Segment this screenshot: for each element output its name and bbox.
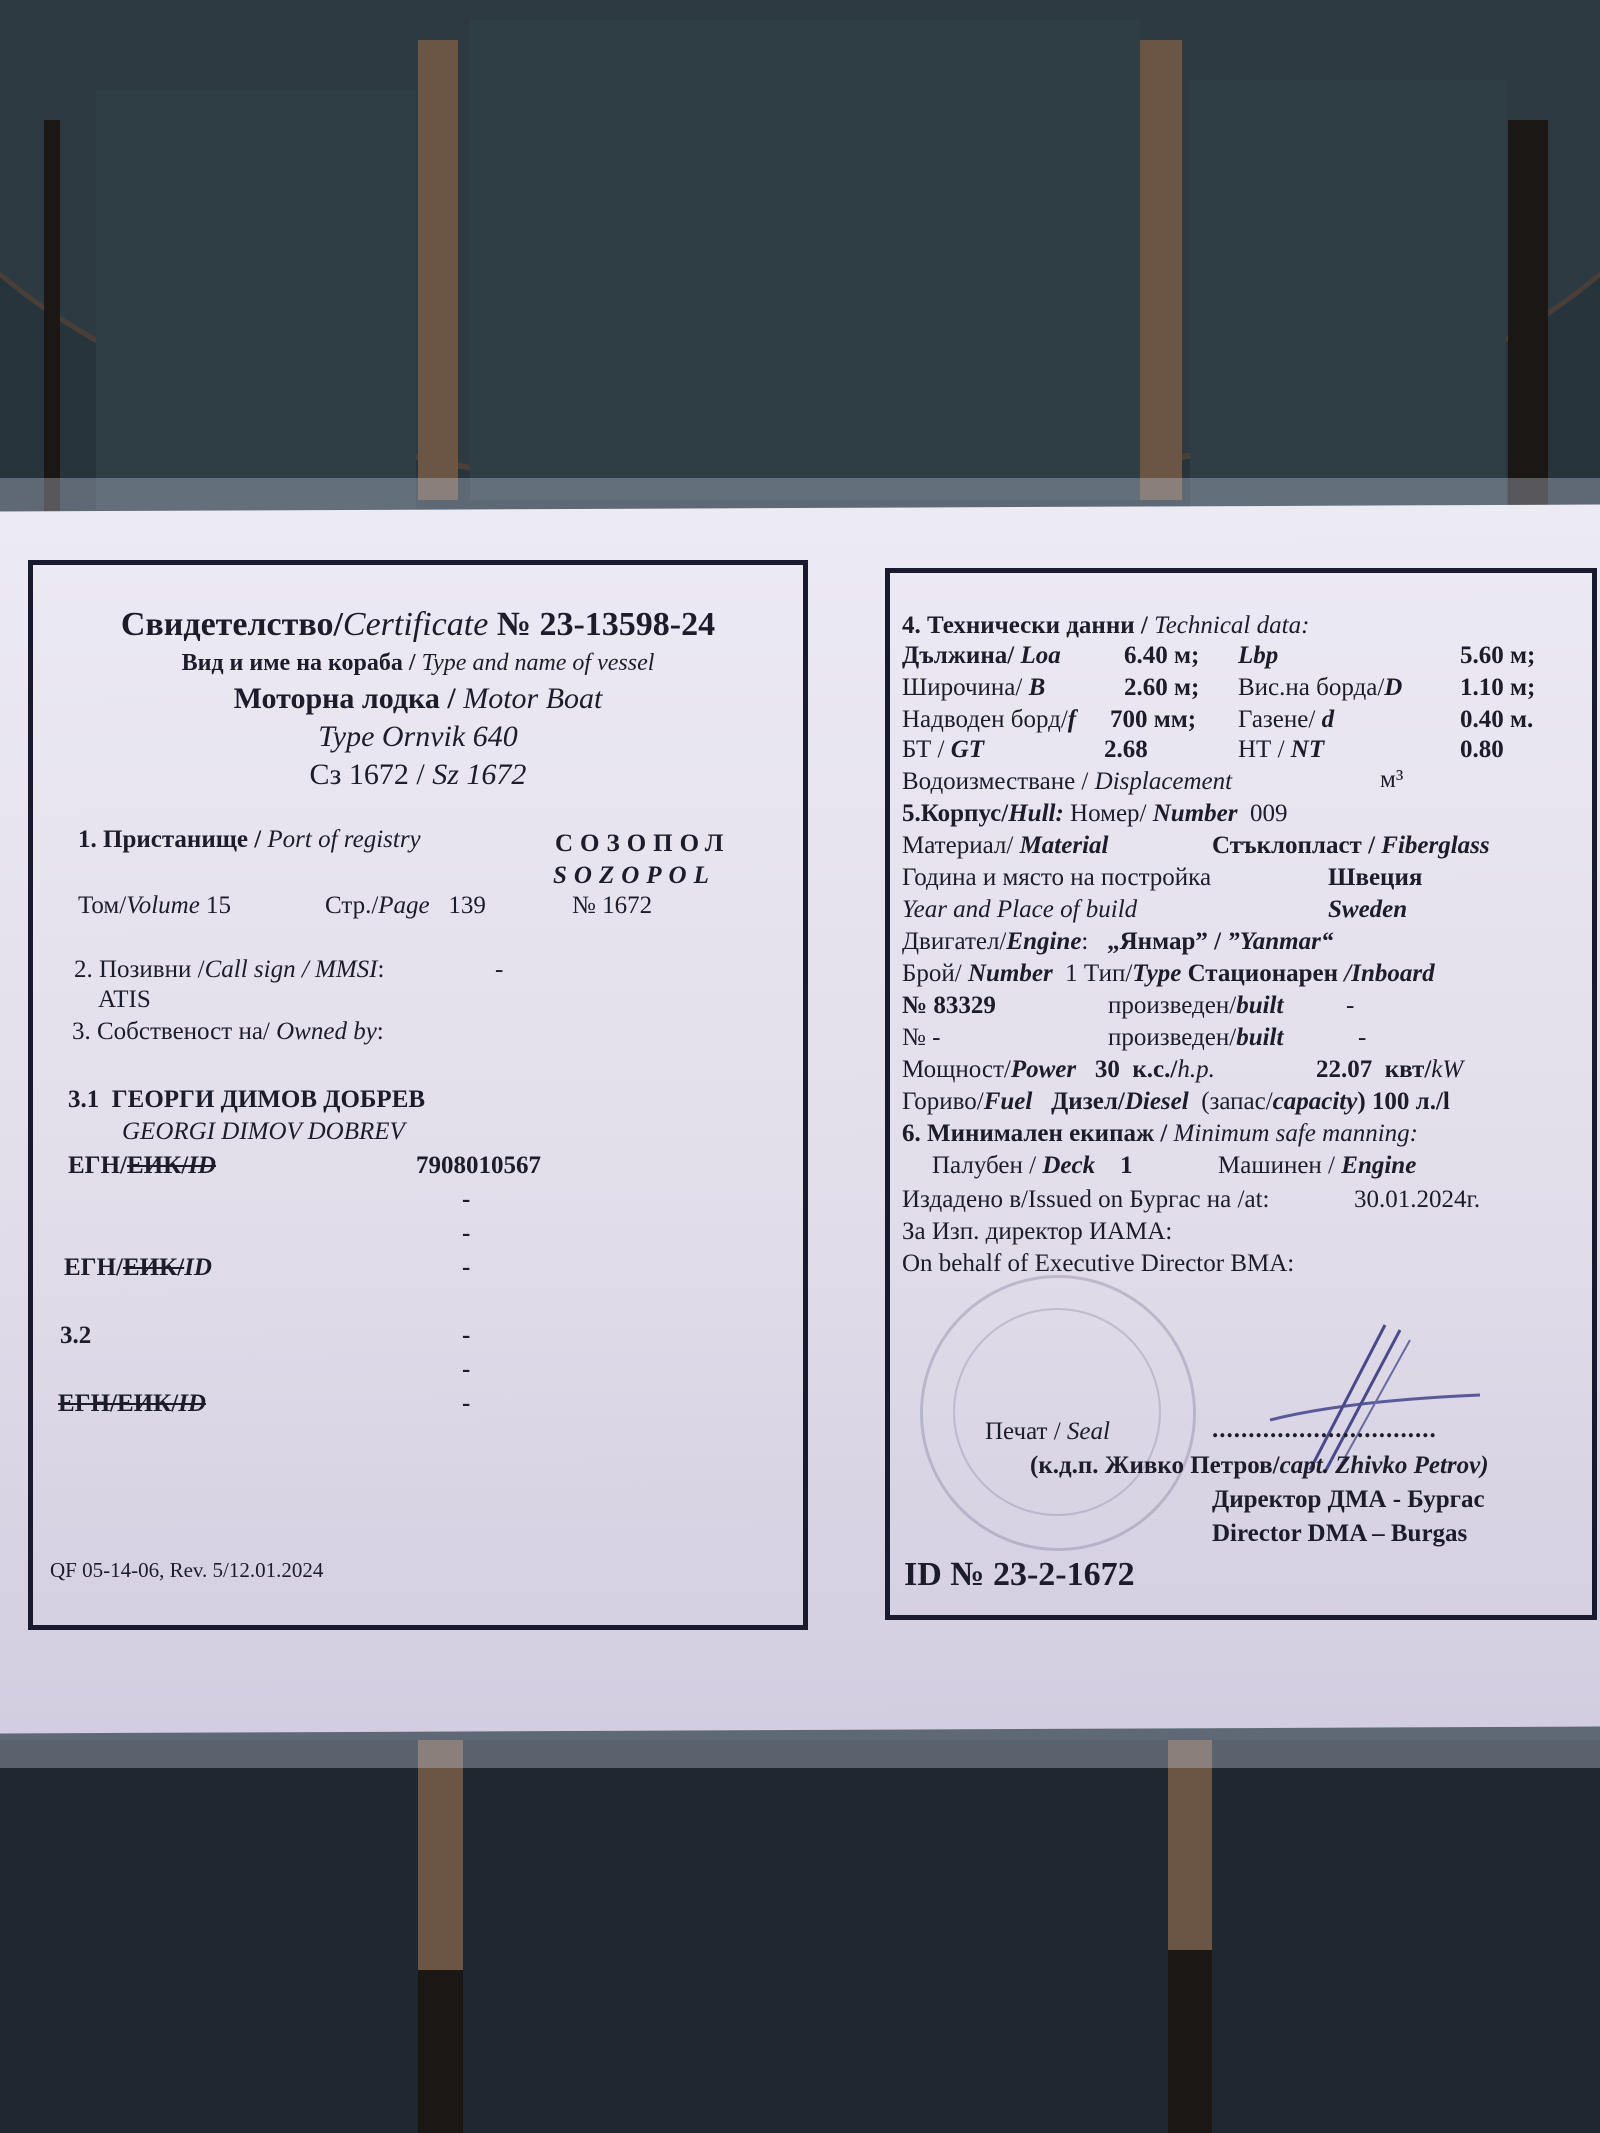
chair-slat <box>1190 80 1506 510</box>
owner-3-2-label: 3.2 <box>60 1322 91 1350</box>
engine-crew: Машинен / Engine <box>1218 1152 1416 1180</box>
owner-3-2-name: - <box>462 1322 470 1350</box>
owner1-name-bg: 3.1 ГЕОРГИ ДИМОВ ДОБРЕВ <box>68 1086 425 1114</box>
build-label-en: Year and Place of build <box>902 896 1137 924</box>
slat-gap <box>1168 1740 1212 1950</box>
depth-label: Вис.на борда/D <box>1238 674 1402 702</box>
owner-3-2-name-en: - <box>462 1356 470 1384</box>
lbp-value: 5.60 м; <box>1460 642 1535 670</box>
engine1-built-label: произведен/built <box>1108 992 1283 1020</box>
manning-heading: 6. Минимален екипаж / Minimum safe manni… <box>902 1120 1418 1148</box>
signature-line: ............................... <box>1212 1416 1437 1444</box>
displacement-unit: м³ <box>1380 766 1403 794</box>
director-title-en: Director DMA – Burgas <box>1212 1520 1467 1548</box>
chair-slat <box>470 20 1140 500</box>
slat-gap <box>1140 40 1182 500</box>
chair-slat <box>96 90 416 510</box>
depth-value: 1.10 м; <box>1460 674 1535 702</box>
owner-3-2-id-label: ЕГН/ЕИК/ID <box>58 1390 206 1418</box>
technical-heading: 4. Технически данни / Technical data: <box>902 612 1309 640</box>
build-label-bg: Година и място на постройка <box>902 864 1211 892</box>
owner2-id: - <box>462 1254 470 1282</box>
hull-number: 5.Корпус/Hull: Номер/ Number 009 <box>902 800 1287 828</box>
document-id: ID № 23-2-1672 <box>904 1556 1135 1594</box>
beam-label: Широчина/ B <box>902 674 1045 702</box>
engine-make: Двигател/Engine: „Янмар” / ”Yanmar“ <box>902 928 1333 956</box>
owner2-name-line: - <box>462 1220 470 1248</box>
power-kw: 22.07 квт/kW <box>1316 1056 1463 1084</box>
behalf-en: On behalf of Executive Director BMA: <box>902 1250 1294 1278</box>
behalf-bg: За Изп. директор ИАМА: <box>902 1218 1172 1246</box>
beam-value: 2.60 м; <box>1124 674 1199 702</box>
owner1-id-label: ЕГН/ЕИК/ID <box>68 1152 216 1180</box>
seal-label: Печат / Seal <box>985 1418 1110 1446</box>
nt-label: НТ / NT <box>1238 736 1324 764</box>
vessel-type: Type Ornvik 640 <box>28 720 808 754</box>
official-seal-stamp <box>920 1275 1196 1551</box>
material-label: Материал/ Material <box>902 832 1108 860</box>
displacement-label: Водоизместване / Displacement <box>902 768 1232 796</box>
callsign-value: - <box>495 956 503 984</box>
freeboard-label: Надводен борд/f <box>902 706 1076 734</box>
engine1-built: - <box>1346 992 1354 1020</box>
owner2-id-label: ЕГН/ЕИК/ID <box>64 1254 212 1282</box>
gt-label: БТ / GT <box>902 736 984 764</box>
engine2-built: - <box>1358 1024 1366 1052</box>
build-place-bg: Швеция <box>1328 864 1422 892</box>
slat-gap <box>1168 1950 1212 2133</box>
vessel-kind: Моторна лодка / Motor Boat <box>28 682 808 716</box>
freeboard-value: 700 мм; <box>1110 706 1196 734</box>
atis-label: ATIS <box>98 986 151 1014</box>
port-bg: СОЗОПОЛ <box>555 830 730 858</box>
signer-name: (к.д.п. Живко Петров/capt. Zhivko Petrov… <box>1030 1452 1489 1480</box>
owner-3-2-id: - <box>462 1390 470 1418</box>
fuel-field: Гориво/Fuel Дизел/Diesel (запас/capacity… <box>902 1088 1450 1116</box>
port-en: SOZOPOL <box>553 862 716 890</box>
issued-label: Издадено в/Issued on Бургас на /at: <box>902 1186 1269 1214</box>
slat-gap <box>418 1970 463 2133</box>
lbp-label: Lbp <box>1238 642 1278 670</box>
loa-label: Дължина/ Loa <box>902 642 1061 670</box>
owner1-id: 7908010567 <box>416 1152 541 1180</box>
build-place-en: Sweden <box>1328 896 1407 924</box>
slat-gap <box>418 40 458 500</box>
slat-gap <box>418 1740 463 1970</box>
form-code: QF 05-14-06, Rev. 5/12.01.2024 <box>50 1558 323 1583</box>
loa-value: 6.40 м; <box>1124 642 1199 670</box>
volume-field: Том/Volume 15 <box>78 892 231 920</box>
vessel-type-label: Вид и име на кораба / Type and name of v… <box>28 650 808 677</box>
gt-value: 2.68 <box>1104 736 1148 764</box>
chair-seat <box>0 1740 1600 2133</box>
owned-by-label: 3. Собственост на/ Owned by: <box>72 1018 384 1046</box>
deck-crew: Палубен / Deck 1 <box>932 1152 1133 1180</box>
engine2-number: № - <box>902 1024 940 1052</box>
engine1-number: № 83329 <box>902 992 996 1020</box>
material-value: Стъклопласт / Fiberglass <box>1212 832 1490 860</box>
director-title-bg: Директор ДМА - Бургас <box>1212 1486 1485 1514</box>
port-of-registry-label: 1. Пристанище / Port of registry <box>78 826 421 854</box>
draft-value: 0.40 м. <box>1460 706 1533 734</box>
slat-gap <box>1508 120 1548 520</box>
owner1-name-en: GEORGI DIMOV DOBREV <box>122 1118 405 1146</box>
callsign-label: 2. Позивни /Call sign / MMSI: <box>74 956 384 984</box>
page-field: Стр./Page 139 <box>325 892 486 920</box>
certificate-title: Свидетелство/Certificate № 23-13598-24 <box>28 606 808 644</box>
vessel-registration: Сз 1672 / Sz 1672 <box>28 758 808 792</box>
registry-number: № 1672 <box>572 892 652 920</box>
engine2-built-label: произведен/built <box>1108 1024 1283 1052</box>
slat-gap <box>44 120 60 520</box>
issued-date: 30.01.2024г. <box>1354 1186 1480 1214</box>
nt-value: 0.80 <box>1460 736 1504 764</box>
draft-label: Газене/ d <box>1238 706 1334 734</box>
owner1-extra-line: - <box>462 1186 470 1214</box>
engine-count-type: Брой/ Number 1 Тип/Type Стационарен /Inb… <box>902 960 1435 988</box>
power-field: Мощност/Power 30 к.с./h.p. <box>902 1056 1215 1084</box>
